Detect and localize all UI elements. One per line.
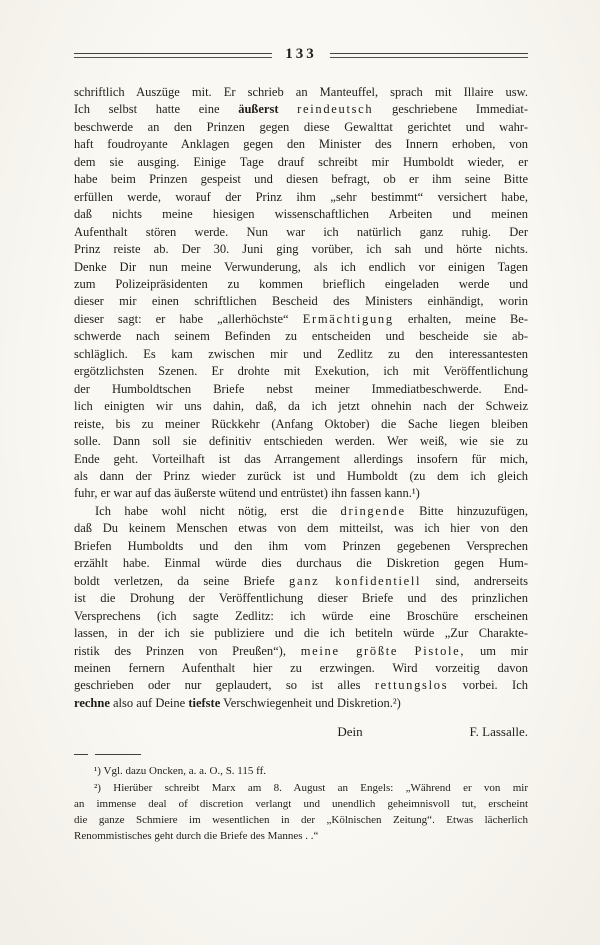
text-segment: erhalten, meine Be-	[394, 312, 528, 326]
text-line: Ich habe wohl nicht nötig, erst die drin…	[74, 503, 528, 520]
text-segment: Ende geht. Vorteilhaft ist das Arrangeme…	[74, 452, 528, 466]
text-segment: schwerde nach seinem Befinden zu entsche…	[74, 329, 528, 343]
text-segment: beschwerde an den Prinzen gegen diese Ge…	[74, 120, 528, 134]
text-segment: Aufenthalt stören werde. Nun war ich nat…	[74, 225, 528, 239]
text-segment: die ganze Schmiere im wesentlichen in de…	[74, 814, 528, 826]
header-rule-left	[74, 53, 272, 58]
text-line: an immense deal of discretion verlangt u…	[74, 796, 528, 812]
text-segment	[279, 102, 298, 116]
text-line: boldt verletzen, da seine Briefe ganz ko…	[74, 573, 528, 590]
bold-text: rechne	[74, 696, 110, 710]
text-line: Ende geht. Vorteilhaft ist das Arrangeme…	[74, 451, 528, 468]
text-segment: zum Polizeipräsidenten zu kommen briefli…	[74, 277, 528, 291]
text-segment: boldt verletzen, da seine Briefe	[74, 574, 289, 588]
text-segment: Verschwiegenheit und Diskretion.²)	[220, 696, 401, 710]
text-segment: erzählt habe. Einmal würde dies durchaus…	[74, 556, 528, 570]
text-line: erfüllen werde, worauf der Prinz ihm „se…	[74, 189, 528, 206]
text-line: als dann der Prinz wieder zurück ist und…	[74, 468, 528, 485]
text-segment: erfüllen werde, worauf der Prinz ihm „se…	[74, 190, 528, 204]
text-line: Renommistisches geht durch die Briefe de…	[74, 828, 528, 844]
text-segment: schriftlich Auszüge mit. Er schrieb an M…	[74, 85, 528, 99]
text-segment: als dann der Prinz wieder zurück ist und…	[74, 469, 528, 483]
text-line: die ganze Schmiere im wesentlichen in de…	[74, 812, 528, 828]
text-line: habe beim Prinzen gespeist und diesen be…	[74, 171, 528, 188]
text-line: ¹) Vgl. dazu Oncken, a. a. O., S. 115 ff…	[74, 763, 528, 779]
footnote-separator	[74, 754, 528, 756]
footnotes-section: ¹) Vgl. dazu Oncken, a. a. O., S. 115 ff…	[74, 763, 528, 844]
book-page: 133 schriftlich Auszüge mit. Er schrieb …	[0, 0, 600, 945]
text-line: reiste, bis zu meiner Rückkehr (Anfang O…	[74, 416, 528, 433]
text-segment: ergötzlichsten Szenen. Er drohte mit Exe…	[74, 364, 528, 378]
text-segment: vorbei. Ich	[448, 678, 528, 692]
text-line: ergötzlichsten Szenen. Er drohte mit Exe…	[74, 363, 528, 380]
text-segment: habe beim Prinzen gespeist und diesen be…	[74, 172, 528, 186]
text-line: lich einigten wir uns dahin, daß, da ich…	[74, 398, 528, 415]
text-line: Ich selbst hatte eine äußerst reindeutsc…	[74, 101, 528, 118]
signature-salutation: Dein	[337, 724, 362, 740]
spaced-text: ganz konfidentiell	[289, 574, 421, 588]
text-segment: also auf Deine	[110, 696, 188, 710]
text-segment: ¹) Vgl. dazu Oncken, a. a. O., S. 115 ff…	[94, 765, 266, 777]
text-segment: Prinz reiste ab. Der 30. Juni ging vorüb…	[74, 242, 528, 256]
signature-name: F. Lassalle.	[469, 724, 528, 740]
text-line: ist die Drohung der Veröffentlichung die…	[74, 590, 528, 607]
text-segment: schläglich. Es kam zwischen mir und Zedl…	[74, 347, 528, 361]
spaced-text: reindeutsch	[297, 102, 373, 116]
text-line: solle. Dann soll sie definitiv entschied…	[74, 433, 528, 450]
text-line: dieser sagt: er habe „allerhöchste“ Ermä…	[74, 311, 528, 328]
signature-line: Dein F. Lassalle.	[74, 724, 528, 741]
text-segment: der Humboldtschen Briefe nebst meiner Im…	[74, 382, 528, 396]
text-line: beschwerde an den Prinzen gegen diese Ge…	[74, 119, 528, 136]
text-segment: fuhr, er war auf das äußerste wütend und…	[74, 486, 420, 500]
text-line: ristik des Prinzen von Preußen“), meine …	[74, 643, 528, 660]
text-segment: ristik des Prinzen von Preußen“),	[74, 644, 301, 658]
text-segment: Briefen Humboldts und den ihm vom Prinze…	[74, 539, 528, 553]
text-segment: lich einigten wir uns dahin, daß, da ich…	[74, 399, 528, 413]
page-header: 133	[74, 50, 528, 60]
text-line: der Humboldtschen Briefe nebst meiner Im…	[74, 381, 528, 398]
text-line: Briefen Humboldts und den ihm vom Prinze…	[74, 538, 528, 555]
text-segment: sind, andrerseits	[421, 574, 528, 588]
text-segment: geschriebene Immediat-	[373, 102, 528, 116]
text-line: daß Du keinem Menschen etwas von dem mit…	[74, 520, 528, 537]
footnote-separator-dash	[74, 754, 88, 755]
text-line: dem sie ausging. Einige Tage drauf schre…	[74, 154, 528, 171]
text-segment: Versprechens (ich sagte Zedlitz: ich wür…	[74, 609, 528, 623]
text-segment: daß nichts meine hiesigen wissenschaftli…	[74, 207, 528, 221]
text-line: haft foudroyante Anklagen gegen den Mini…	[74, 136, 528, 153]
text-segment: haft foudroyante Anklagen gegen den Mini…	[74, 137, 528, 151]
spaced-text: meine größte Pistole,	[301, 644, 466, 658]
bold-text: äußerst	[238, 102, 278, 116]
text-segment: Bitte hinzuzufügen,	[406, 504, 528, 518]
page-number: 133	[285, 46, 317, 63]
text-segment: ²) Hierüber schreibt Marx am 8. August a…	[94, 782, 528, 794]
text-line: Aufenthalt stören werde. Nun war ich nat…	[74, 224, 528, 241]
text-segment: lassen, in der ich sie publiziere und di…	[74, 626, 528, 640]
text-segment: dieser mir einen schriftlichen Bescheid …	[74, 294, 528, 308]
text-segment: geschrieben oder nur geplaudert, so ist …	[74, 678, 375, 692]
text-line: schwerde nach seinem Befinden zu entsche…	[74, 328, 528, 345]
text-segment: dieser sagt: er habe „allerhöchste“	[74, 312, 303, 326]
spaced-text: Ermächtigung	[303, 312, 394, 326]
text-line: meinen fernern Aufenthalt hier zu erzwin…	[74, 660, 528, 677]
spaced-text: dringende	[341, 504, 406, 518]
text-segment: Renommistisches geht durch die Briefe de…	[74, 830, 318, 842]
text-line: Prinz reiste ab. Der 30. Juni ging vorüb…	[74, 241, 528, 258]
text-segment: daß Du keinem Menschen etwas von dem mit…	[74, 521, 528, 535]
text-segment: an immense deal of discretion verlangt u…	[74, 798, 528, 810]
text-segment: reiste, bis zu meiner Rückkehr (Anfang O…	[74, 417, 528, 431]
text-segment: ist die Drohung der Veröffentlichung die…	[74, 591, 528, 605]
bold-text: tiefste	[188, 696, 220, 710]
text-segment: Ich selbst hatte eine	[74, 102, 238, 116]
spaced-text: rettungslos	[375, 678, 448, 692]
text-line: schriftlich Auszüge mit. Er schrieb an M…	[74, 84, 528, 101]
text-segment: meinen fernern Aufenthalt hier zu erzwin…	[74, 661, 528, 675]
text-line: lassen, in der ich sie publiziere und di…	[74, 625, 528, 642]
text-segment: dem sie ausging. Einige Tage drauf schre…	[74, 155, 528, 169]
text-segment: solle. Dann soll sie definitiv entschied…	[74, 434, 528, 448]
text-line: erzählt habe. Einmal würde dies durchaus…	[74, 555, 528, 572]
text-line: Versprechens (ich sagte Zedlitz: ich wür…	[74, 608, 528, 625]
text-line: rechne also auf Deine tiefste Verschwieg…	[74, 695, 528, 712]
text-line: geschrieben oder nur geplaudert, so ist …	[74, 677, 528, 694]
text-line: Denke Dir nun meine Verwunderung, als ic…	[74, 259, 528, 276]
text-line: fuhr, er war auf das äußerste wütend und…	[74, 485, 528, 502]
letter-text: schriftlich Auszüge mit. Er schrieb an M…	[74, 84, 528, 712]
text-segment: Denke Dir nun meine Verwunderung, als ic…	[74, 260, 528, 274]
text-line: schläglich. Es kam zwischen mir und Zedl…	[74, 346, 528, 363]
text-segment: um mir	[465, 644, 528, 658]
text-segment: Ich habe wohl nicht nötig, erst die	[95, 504, 341, 518]
text-line: daß nichts meine hiesigen wissenschaftli…	[74, 206, 528, 223]
header-rule-right	[330, 53, 528, 58]
text-line: zum Polizeipräsidenten zu kommen briefli…	[74, 276, 528, 293]
footnote-separator-rule	[95, 754, 141, 755]
text-line: dieser mir einen schriftlichen Bescheid …	[74, 293, 528, 310]
text-line: ²) Hierüber schreibt Marx am 8. August a…	[74, 780, 528, 796]
